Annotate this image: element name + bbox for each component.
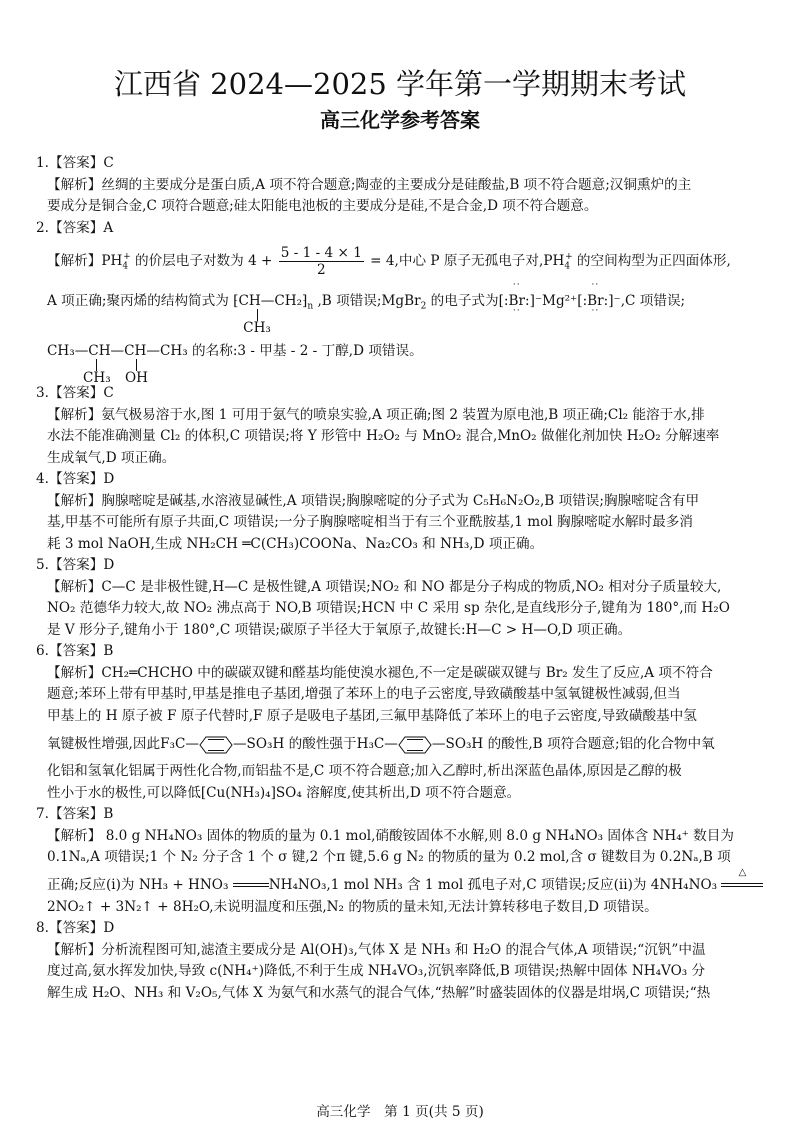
analysis-line: 氧键极性增强,因此F₃C——SO₃H 的酸性强于H₃C——SO₃H 的酸性,B … [47,727,766,761]
answer-value: D [103,920,114,936]
analysis-line: A 项正确;聚丙烯的结构简式为 ⁅CH—CH₂⁆nCH₃ ,B 项错误;MgBr… [47,283,766,341]
question-6-answer: 6.【答案】B [36,641,766,663]
analysis-line: 0.1Nₐ,A 项错误;1 个 N₂ 分子含 1 个 σ 键,2 个π 键,5.… [47,847,766,869]
question-number: 1. [36,155,49,171]
analysis-text: 氨气极易溶于水,图 1 可用于氨气的喷泉实验,A 项正确;图 2 装置为原电池,… [101,407,704,423]
analysis-label: 【解析】 [47,493,101,509]
analysis-text: 分析流程图可知,滤渣主要成分是 Al(OH)₃,气体 X 是 NH₃ 和 H₂O… [101,942,705,958]
polypropylene-structure: ⁅CH—CH₂⁆nCH₃ [233,291,313,313]
analysis-label: 【解析】 [47,177,101,193]
question-7-analysis: 【解析】 8.0 g NH₄NO₃ 固体的物质的量为 0.1 mol,硝酸铵固体… [47,826,766,919]
bromide-electron-dots: ··:Br:·· [583,291,609,313]
question-number: 8. [36,920,49,936]
analysis-text: = 4,中心 P 原子无孤电子对,PH [366,253,564,269]
branch-text: OH [125,370,148,386]
polymer-chain: ⁅CH—CH₂⁆ [233,293,307,309]
delta-icon: △ [721,868,763,878]
analysis-text: NH₄NO₃,1 mol NH₃ 含 1 mol 孤电子对,C 项错误;反应(i… [269,877,722,893]
answer-value: B [103,806,113,822]
analysis-text: CH₂═CHCHO 中的碳碳双键和醛基均能使溴水褪色,不一定是碳碳双键与 Br₂… [101,665,712,681]
fraction: 5 - 1 - 4 × 12 [279,245,364,278]
dots-bottom: ·· [592,307,600,316]
benzene-ring-icon [199,736,233,754]
question-4-answer: 4.【答案】D [36,469,766,491]
question-1-analysis: 【解析】丝绸的主要成分是蛋白质,A 项不符合题意;陶壶的主要成分是硅酸盐,B 项… [47,175,766,218]
equals-sign [233,880,269,890]
analysis-text: 8.0 g NH₄NO₃ 固体的物质的量为 0.1 mol,硝酸铵固体不水解,则… [101,828,734,844]
analysis-line: 【解析】C—C 是非极性键,H—C 是极性键,A 项错误;NO₂ 和 NO 都是… [47,577,766,599]
answer-label: 【答案】 [49,385,103,401]
question-2-analysis: 【解析】PH4+ 的价层电子对数为 4 + 5 - 1 - 4 × 12 = 4… [47,239,766,383]
analysis-label: 【解析】 [47,665,101,681]
question-number: 4. [36,471,49,487]
formula-text: PH [101,253,122,269]
analysis-line: 生成氧气,D 项正确。 [47,448,766,470]
branch-methyl: CH₃ [83,359,111,386]
fraction-numerator: 5 - 1 - 4 × 1 [279,245,364,262]
analysis-text: 的空间构型为正四面体形, [573,253,731,269]
polymer-branch: CH₃ [243,309,271,336]
analysis-text: 胸腺嘧啶是碱基,水溶液显碱性,A 项错误;胸腺嘧啶的分子式为 C₅H₆N₂O₂,… [101,493,699,509]
dots-top: ·· [592,281,600,290]
question-4-analysis: 【解析】胸腺嘧啶是碱基,水溶液显碱性,A 项错误;胸腺嘧啶的分子式为 C₅H₆N… [47,491,766,556]
analysis-text: C—C 是非极性键,H—C 是极性键,A 项错误;NO₂ 和 NO 都是分子构成… [101,579,721,595]
answer-value: B [103,643,113,659]
answer-label: 【答案】 [49,471,103,487]
analysis-text: 的名称:3 - 甲基 - 2 - 丁醇,D 项错误。 [188,343,423,359]
answer-content: 1.【答案】C 【解析】丝绸的主要成分是蛋白质,A 项不符合题意;陶壶的主要成分… [36,153,766,1004]
answer-label: 【答案】 [49,920,103,936]
benzene-ring-icon [398,736,432,754]
analysis-line: 要成分是铜合金,C 项符合题意;硅太阳能电池板的主要成分是硅,不是合金,D 项不… [47,196,766,218]
analysis-line: 化铝和氢氧化铝属于两性化合物,而铝盐不是,C 项不符合题意;加入乙醇时,析出深蓝… [47,761,766,783]
analysis-text: 的电子式为[ [426,293,504,309]
analysis-text: 的价层电子对数为 4 + [131,253,277,269]
analysis-text: —SO₃H 的酸性强于H₃C— [233,736,398,752]
question-3-analysis: 【解析】氨气极易溶于水,图 1 可用于氨气的喷泉实验,A 项正确;图 2 装置为… [47,405,766,470]
question-5-analysis: 【解析】C—C 是非极性键,H—C 是极性键,A 项错误;NO₂ 和 NO 都是… [47,577,766,642]
dots-top: ·· [513,281,521,290]
page-title: 江西省 2024—2025 学年第一学期期末考试 [0,62,800,103]
analysis-line: 【解析】CH₂═CHCHO 中的碳碳双键和醛基均能使溴水褪色,不一定是碳碳双键与… [47,663,766,685]
analysis-line: 性小于水的极性,可以降低[Cu(NH₃)₄]SO₄ 溶解度,使其析出,D 项不符… [47,783,766,805]
analysis-line: 【解析】胸腺嘧啶是碱基,水溶液显碱性,A 项错误;胸腺嘧啶的分子式为 C₅H₆N… [47,491,766,513]
answer-value: A [103,220,113,236]
question-6-analysis: 【解析】CH₂═CHCHO 中的碳碳双键和醛基均能使溴水褪色,不一定是碳碳双键与… [47,663,766,805]
analysis-line: 基,甲基不可能所有原子共面,C 项错误;一分子胸腺嘧啶相当于有三个亚酰胺基,1 … [47,512,766,534]
question-3-answer: 3.【答案】C [36,383,766,405]
analysis-line: 度过高,氨水挥发加快,导致 c(NH₄⁺)降低,不利于生成 NH₄VO₃,沉钒率… [47,961,766,983]
question-number: 2. [36,220,49,236]
page-subtitle: 高三化学参考答案 [0,104,800,133]
analysis-line: 正确;反应(i)为 NH₃ + HNO₃ NH₄NO₃,1 mol NH₃ 含 … [47,869,766,897]
analysis-line: 水法不能准确测量 Cl₂ 的体积,C 项错误;将 Y 形管中 H₂O₂ 与 Mn… [47,426,766,448]
answer-value: D [103,471,114,487]
analysis-line: 是 V 形分子,键角小于 180°,C 项错误;碳原子半径大于氧原子,故键长:H… [47,620,766,642]
analysis-line: 解生成 H₂O、NH₃ 和 V₂O₅,气体 X 为氨气和水蒸气的混合气体,“热解… [47,983,766,1005]
analysis-line: NO₂ 范德华力较大,故 NO₂ 沸点高于 NO,B 项错误;HCN 中 C 采… [47,598,766,620]
answer-label: 【答案】 [49,806,103,822]
question-1-answer: 1.【答案】C [36,153,766,175]
analysis-line: 【解析】分析流程图可知,滤渣主要成分是 Al(OH)₃,气体 X 是 NH₃ 和… [47,940,766,962]
analysis-line: 2NO₂↑ + 3N₂↑ + 8H₂O,未说明温度和压强,N₂ 的物质的量未知,… [47,897,766,919]
analysis-text: 正确;反应(i)为 NH₃ + HNO₃ [47,877,233,893]
fraction-denominator: 2 [279,262,364,278]
answer-value: C [103,385,113,401]
question-number: 5. [36,557,49,573]
question-8-answer: 8.【答案】D [36,918,766,940]
bromide-electron-dots: ··:Br:·· [504,291,530,313]
analysis-label: 【解析】 [47,942,101,958]
question-number: 3. [36,385,49,401]
analysis-line: 耗 3 mol NaOH,生成 NH₂CH ═C(CH₃)COONa、Na₂CO… [47,534,766,556]
answer-key-page: 江西省 2024—2025 学年第一学期期末考试 高三化学参考答案 1.【答案】… [0,0,800,1131]
question-5-answer: 5.【答案】D [36,555,766,577]
branch-text: CH₃ [243,320,271,336]
page-footer: 高三化学 第 1 页(共 5 页) [0,1100,800,1120]
analysis-text: ]⁻,C 项错误; [608,293,685,309]
analysis-line: 【解析】氨气极易溶于水,图 1 可用于氨气的喷泉实验,A 项正确;图 2 装置为… [47,405,766,427]
analysis-text: 丝绸的主要成分是蛋白质,A 项不符合题意;陶壶的主要成分是硅酸盐,B 项不符合题… [101,177,691,193]
analysis-text: A 项正确;聚丙烯的结构简式为 [47,293,233,309]
analysis-text: ,B 项错误;MgBr [313,293,420,309]
analysis-label: 【解析】 [47,407,101,423]
main-chain: CH₃—CH—CH—CH₃ [47,343,188,359]
analysis-line: 题意;苯环上带有甲基时,甲基是推电子基团,增强了苯环上的电子云密度,导致磺酸基中… [47,684,766,706]
analysis-line: 甲基上的 H 原子被 F 原子代替时,F 原子是吸电子基团,三氟甲基降低了苯环上… [47,706,766,728]
question-2-answer: 2.【答案】A [36,218,766,240]
question-8-analysis: 【解析】分析流程图可知,滤渣主要成分是 Al(OH)₃,气体 X 是 NH₃ 和… [47,940,766,1005]
branch-hydroxyl: OH [125,359,148,386]
analysis-text: 氧键极性增强,因此F₃C— [47,736,199,752]
analysis-line: 【解析】PH4+ 的价层电子对数为 4 + 5 - 1 - 4 × 12 = 4… [47,239,766,283]
question-number: 7. [36,806,49,822]
analysis-line: 【解析】 8.0 g NH₄NO₃ 固体的物质的量为 0.1 mol,硝酸铵固体… [47,826,766,848]
analysis-line: 【解析】丝绸的主要成分是蛋白质,A 项不符合题意;陶壶的主要成分是硅酸盐,B 项… [47,175,766,197]
question-number: 6. [36,643,49,659]
answer-label: 【答案】 [49,155,103,171]
analysis-label: 【解析】 [47,579,101,595]
analysis-text: ]⁻Mg²⁺[ [530,293,583,309]
analysis-label: 【解析】 [47,828,101,844]
answer-value: D [103,557,114,573]
analysis-text: —SO₃H 的酸性,B 项符合题意;铝的化合物中氧 [432,736,715,752]
answer-label: 【答案】 [49,220,103,236]
dots-bottom: ·· [513,307,521,316]
question-7-answer: 7.【答案】B [36,804,766,826]
answer-label: 【答案】 [49,643,103,659]
answer-value: C [103,155,113,171]
analysis-label: 【解析】 [47,253,101,269]
heating-condition-sign: △ [721,877,763,893]
branch-text: CH₃ [83,370,111,386]
polymer-subscript: n [307,302,313,312]
answer-label: 【答案】 [49,557,103,573]
analysis-line: CH₃—CH—CH—CH₃CH₃OH 的名称:3 - 甲基 - 2 - 丁醇,D… [47,341,766,383]
butanol-structure: CH₃—CH—CH—CH₃CH₃OH [47,341,188,363]
